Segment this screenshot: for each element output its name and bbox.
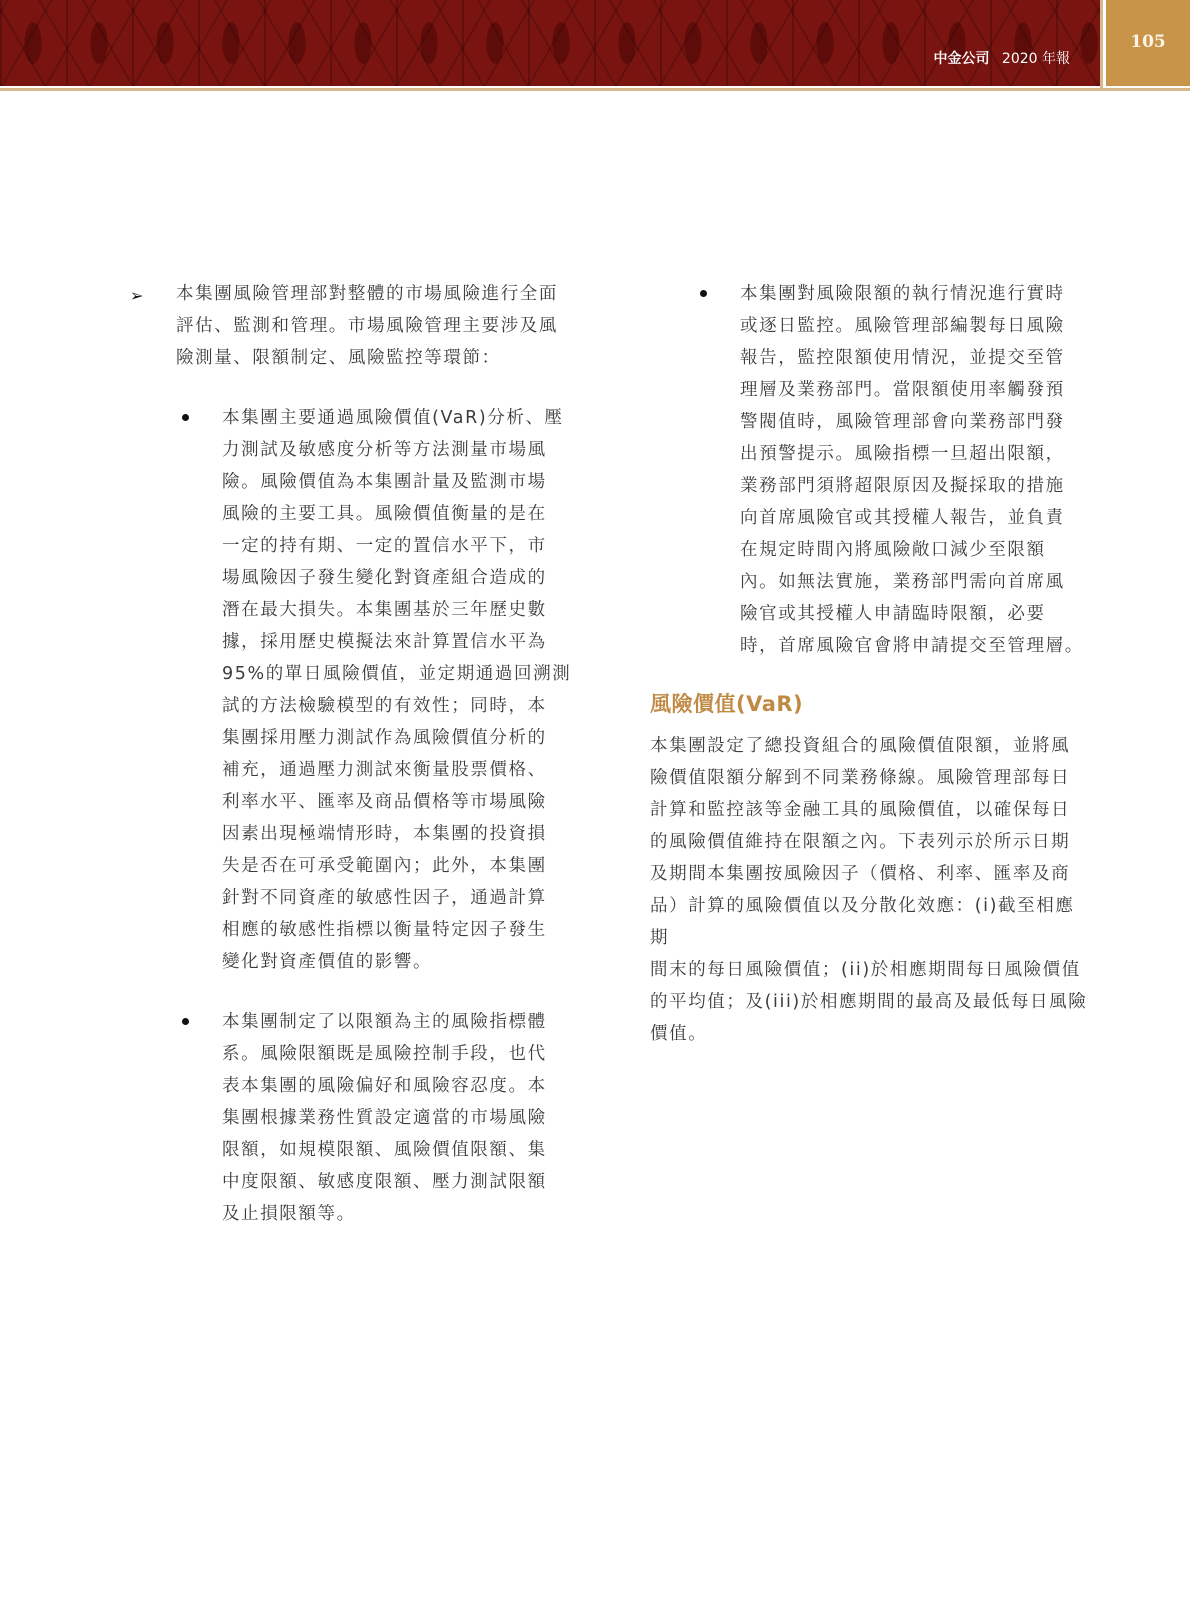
text-line: 相應的敏感性指標以衡量特定因子發生 <box>222 914 572 946</box>
text-line: 集團根據業務性質設定適當的市場風險 <box>222 1102 572 1134</box>
text-line: 內。如無法實施，業務部門需向首席風 <box>740 566 1090 598</box>
text-line: 失是否在可承受範圍內；此外，本集團 <box>222 850 572 882</box>
page-number-box: 105 <box>1106 0 1190 86</box>
text-line: 表本集團的風險偏好和風險容忍度。本 <box>222 1070 572 1102</box>
text-line: 場風險因子發生變化對資產組合造成的 <box>222 562 572 594</box>
section-heading: 風險價值(VaR) <box>650 688 803 718</box>
running-header: 中金公司 2020 年報 <box>933 48 1070 68</box>
text-line: 試的方法檢驗模型的有效性；同時，本 <box>222 690 572 722</box>
text-line: 本集團制定了以限額為主的風險指標體 <box>222 1006 572 1038</box>
text-line: 險價值限額分解到不同業務條線。風險管理部每日 <box>650 762 1090 794</box>
bullet-dot-icon <box>182 1018 189 1025</box>
text-line: 本集團對風險限額的執行情況進行實時 <box>740 278 1090 310</box>
text-line: 及期間本集團按風險因子（價格、利率、匯率及商 <box>650 858 1090 890</box>
intro-paragraph: 本集團風險管理部對整體的市場風險進行全面 評估、監測和管理。市場風險管理主要涉及… <box>176 278 576 374</box>
bullet-paragraph-limits: 本集團制定了以限額為主的風險指標體 系。風險限額既是風險控制手段，也代 表本集團… <box>222 1006 572 1230</box>
text-line: 系。風險限額既是風險控制手段，也代 <box>222 1038 572 1070</box>
bullet-paragraph-monitoring: 本集團對風險限額的執行情況進行實時 或逐日監控。風險管理部編製每日風險 報告，監… <box>740 278 1090 662</box>
text-line: 價值。 <box>650 1018 1090 1050</box>
arrow-bullet-icon: ➢ <box>130 286 143 305</box>
header-rule <box>0 88 1190 91</box>
text-line: 報告，監控限額使用情況，並提交至管 <box>740 342 1090 374</box>
company-name: 中金公司 <box>933 51 989 67</box>
text-line: 一定的持有期、一定的置信水平下，市 <box>222 530 572 562</box>
bullet-dot-icon <box>182 414 189 421</box>
text-line: 針對不同資產的敏感性因子，通過計算 <box>222 882 572 914</box>
bullet-paragraph-var-methods: 本集團主要通過風險價值(VaR)分析、壓 力測試及敏感度分析等方法測量市場風 險… <box>222 402 572 978</box>
text-line: 業務部門須將超限原因及擬採取的措施 <box>740 470 1090 502</box>
text-line: 因素出現極端情形時，本集團的投資損 <box>222 818 572 850</box>
text-line: 在規定時間內將風險敞口減少至限額 <box>740 534 1090 566</box>
bullet-dot-icon <box>700 290 707 297</box>
text-line: 風險的主要工具。風險價值衡量的是在 <box>222 498 572 530</box>
text-line: 利率水平、匯率及商品價格等市場風險 <box>222 786 572 818</box>
text-line: 間末的每日風險價值；(ii)於相應期間每日風險價值 <box>650 954 1090 986</box>
text-line: 品）計算的風險價值以及分散化效應：(i)截至相應期 <box>650 890 1090 954</box>
text-line: 理層及業務部門。當限額使用率觸發預 <box>740 374 1090 406</box>
text-line: 本集團設定了總投資組合的風險價值限額，並將風 <box>650 730 1090 762</box>
text-line: 警閥值時，風險管理部會向業務部門發 <box>740 406 1090 438</box>
text-line: 95%的單日風險價值，並定期通過回溯測 <box>222 658 572 690</box>
text-line: 出預警提示。風險指標一旦超出限額， <box>740 438 1090 470</box>
var-paragraph: 本集團設定了總投資組合的風險價值限額，並將風 險價值限額分解到不同業務條線。風險… <box>650 730 1090 1050</box>
text-line: 的風險價值維持在限額之內。下表列示於所示日期 <box>650 826 1090 858</box>
text-line: 潛在最大損失。本集團基於三年歷史數 <box>222 594 572 626</box>
text-line: 險。風險價值為本集團計量及監測市場 <box>222 466 572 498</box>
text-line: 補充，通過壓力測試來衡量股票價格、 <box>222 754 572 786</box>
page-number: 105 <box>1130 32 1166 52</box>
text-line: 限額，如規模限額、風險價值限額、集 <box>222 1134 572 1166</box>
text-line: 及止損限額等。 <box>222 1198 572 1230</box>
text-line: 或逐日監控。風險管理部編製每日風險 <box>740 310 1090 342</box>
header-separator <box>1100 0 1103 88</box>
text-line: 本集團主要通過風險價值(VaR)分析、壓 <box>222 402 572 434</box>
text-line: 向首席風險官或其授權人報告，並負責 <box>740 502 1090 534</box>
text-line: 中度限額、敏感度限額、壓力測試限額 <box>222 1166 572 1198</box>
text-line: 險測量、限額制定、風險監控等環節： <box>176 342 576 374</box>
text-line: 時，首席風險官會將申請提交至管理層。 <box>740 630 1090 662</box>
text-line: 的平均值；及(iii)於相應期間的最高及最低每日風險 <box>650 986 1090 1018</box>
text-line: 計算和監控該等金融工具的風險價值，以確保每日 <box>650 794 1090 826</box>
text-line: 集團採用壓力測試作為風險價值分析的 <box>222 722 572 754</box>
text-line: 險官或其授權人申請臨時限額，必要 <box>740 598 1090 630</box>
text-line: 本集團風險管理部對整體的市場風險進行全面 <box>176 278 576 310</box>
text-line: 力測試及敏感度分析等方法測量市場風 <box>222 434 572 466</box>
text-line: 據，採用歷史模擬法來計算置信水平為 <box>222 626 572 658</box>
text-line: 評估、監測和管理。市場風險管理主要涉及風 <box>176 310 576 342</box>
text-line: 變化對資產價值的影響。 <box>222 946 572 978</box>
header-pattern-band <box>0 0 1100 86</box>
report-title: 2020 年報 <box>1002 51 1070 67</box>
